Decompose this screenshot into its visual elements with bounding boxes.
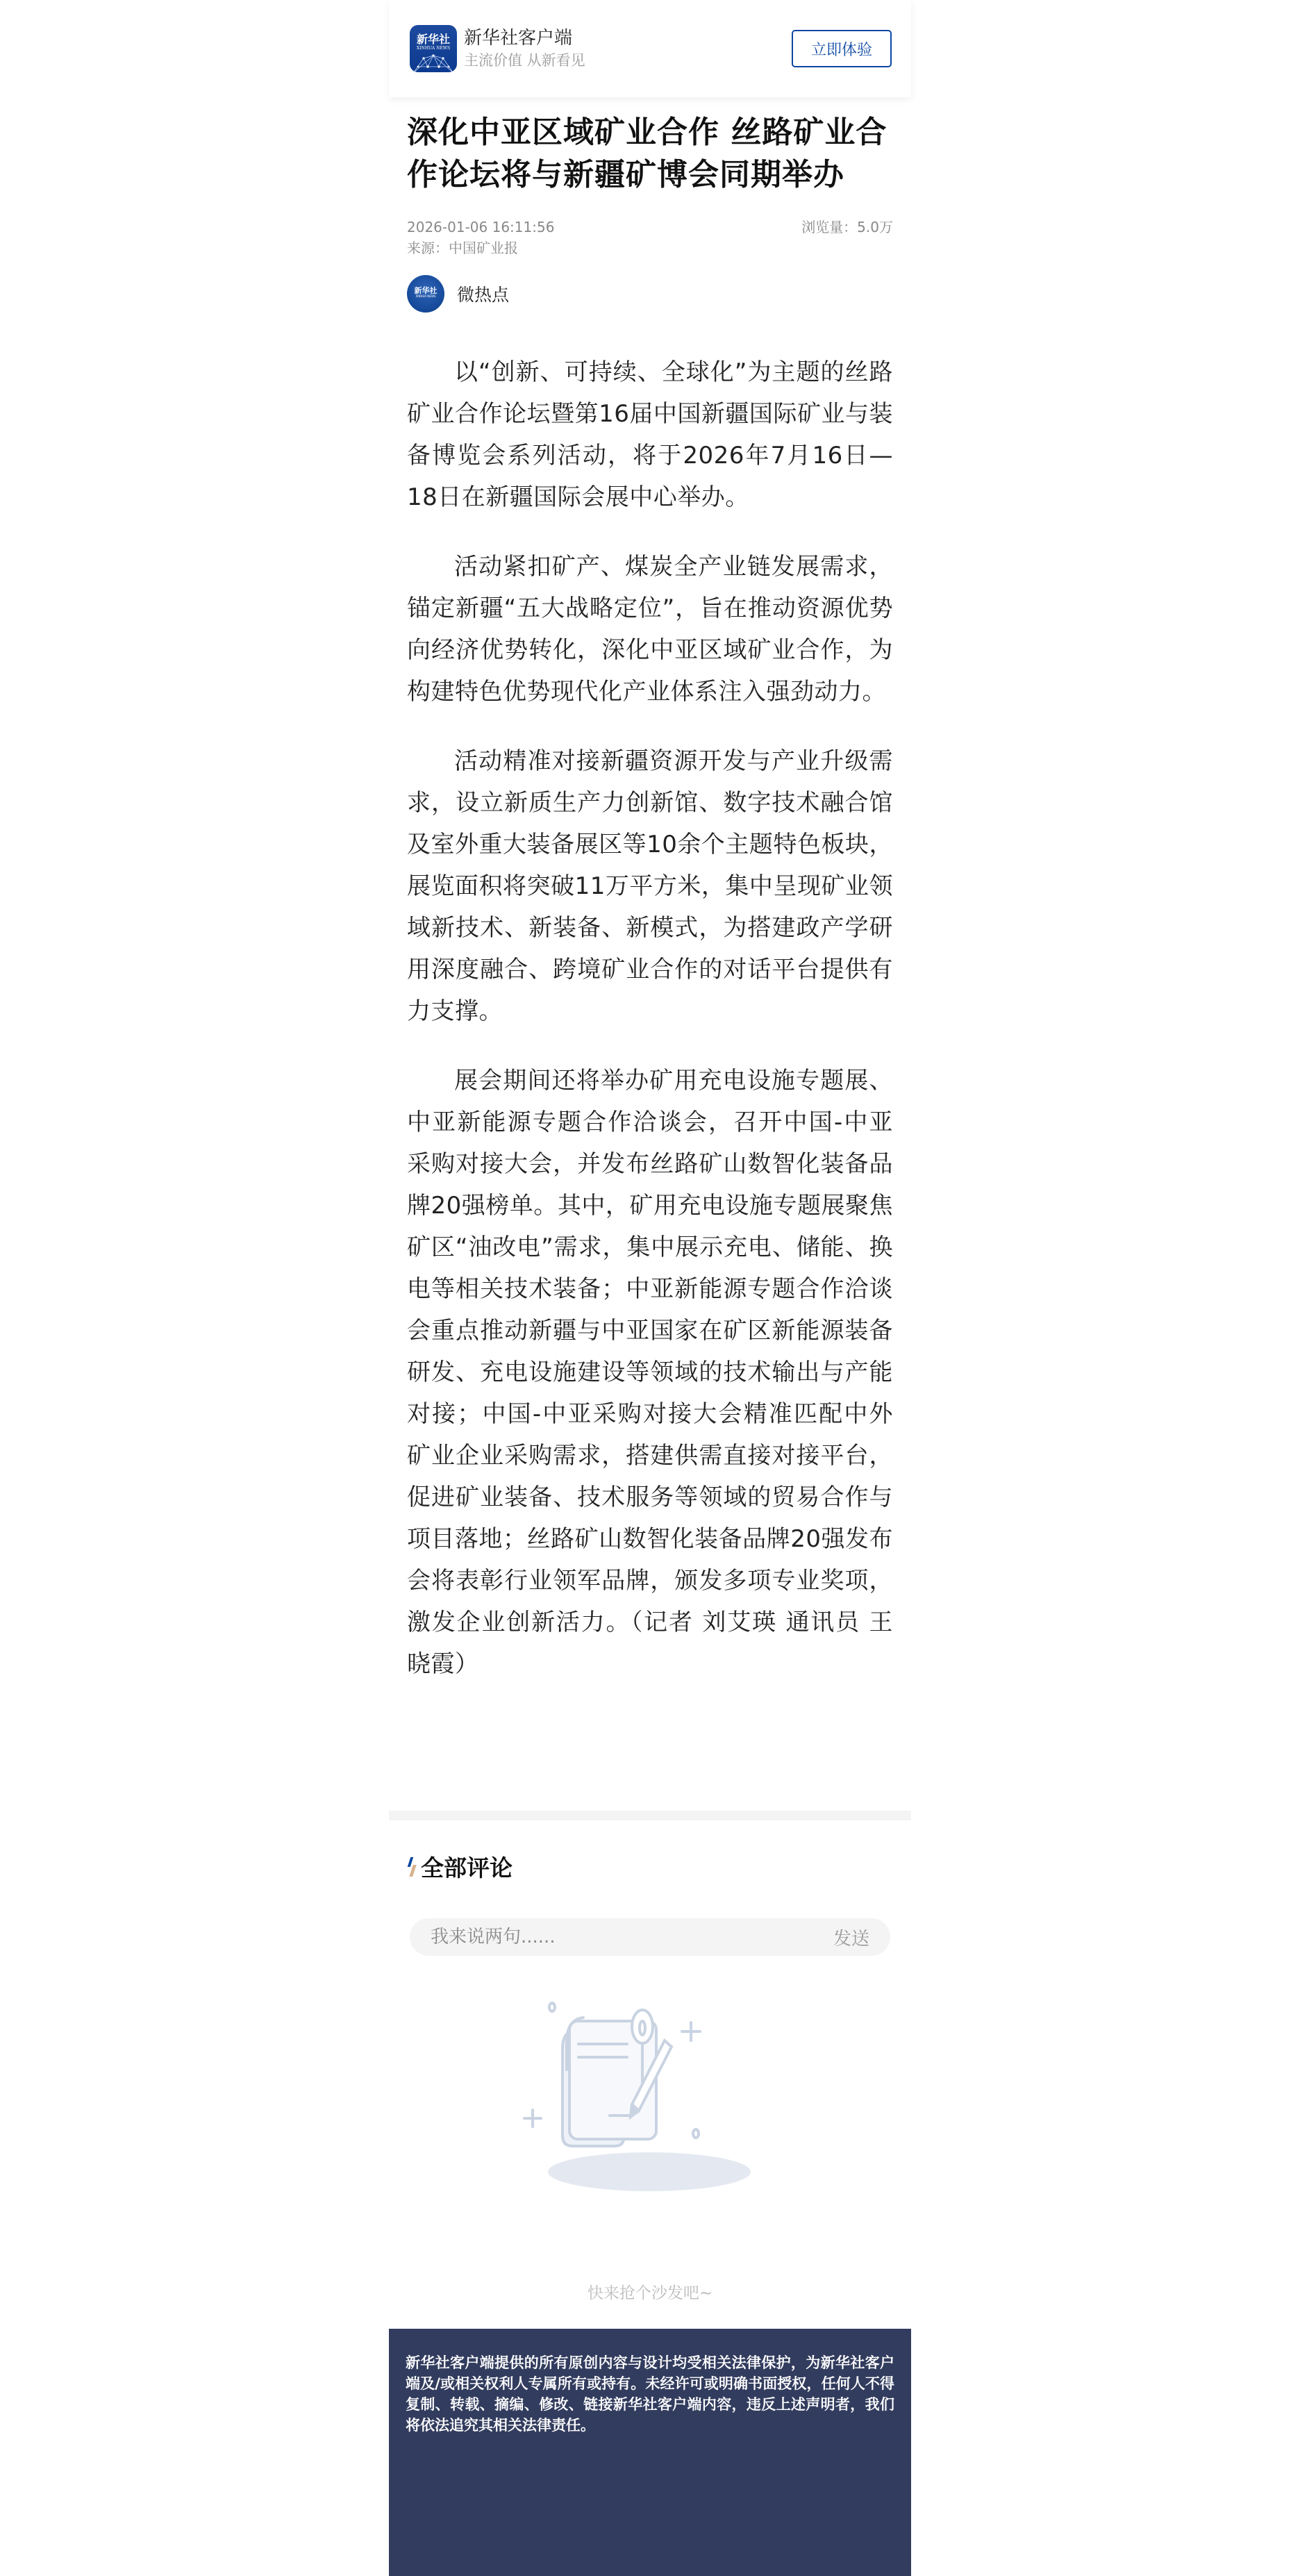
empty-comments-illustration-icon	[500, 1979, 799, 2202]
empty-comments-text: 快来抢个沙发吧~	[389, 2280, 911, 2303]
article: 深化中亚区域矿业合作 丝路矿业合作论坛将与新疆矿博会同期举办 2026-01-0…	[389, 111, 911, 1713]
open-app-button[interactable]: 立即体验	[792, 30, 892, 67]
logo-text-cn: 新华社	[410, 31, 457, 47]
article-paragraph: 活动紧扣矿产、煤炭全产业链发展需求，锚定新疆“五大战略定位”，旨在推动资源优势向…	[407, 546, 893, 713]
app-info: 新华社客户端 主流价值 从新看见	[464, 26, 792, 71]
article-page: 新华社 XINHUA NEWS 新华社客户端 主流价值 从新看见	[389, 0, 911, 2576]
article-paragraph: 展会期间还将举办矿用充电设施专题展、中亚新能源专题合作洽谈会，召开中国-中亚采购…	[407, 1060, 893, 1685]
comment-input[interactable]	[431, 1927, 778, 1947]
app-name: 新华社客户端	[464, 26, 792, 50]
xinhua-app-logo-icon: 新华社 XINHUA NEWS	[410, 25, 457, 72]
network-globe-icon	[410, 51, 457, 72]
publish-datetime: 2026-01-06 16:11:56	[407, 217, 554, 238]
article-meta: 2026-01-06 16:11:56 浏览量：5.0万	[407, 217, 893, 238]
publisher-info[interactable]: 新华社 XINHUA NEWS 微热点	[407, 275, 893, 313]
publisher-avatar[interactable]: 新华社 XINHUA NEWS	[407, 275, 444, 313]
article-source: 来源：中国矿业报	[407, 238, 893, 258]
app-slogan: 主流价值 从新看见	[464, 50, 792, 71]
comment-composer: 发送	[410, 1918, 890, 1956]
app-download-banner: 新华社 XINHUA NEWS 新华社客户端 主流价值 从新看见	[389, 0, 911, 97]
avatar-text-en: XINHUA NEWS	[407, 294, 444, 298]
publisher-name[interactable]: 微热点	[457, 281, 509, 306]
article-paragraph: 活动精准对接新疆资源开发与产业升级需求，设立新质生产力创新馆、数字技术融合馆及室…	[407, 740, 893, 1032]
section-accent-icon	[407, 1856, 417, 1878]
section-divider	[389, 1811, 911, 1820]
copyright-footer: 新华社客户端提供的所有原创内容与设计均受相关法律保护，为新华社客户端及/或相关权…	[389, 2329, 911, 2576]
article-title: 深化中亚区域矿业合作 丝路矿业合作论坛将与新疆矿博会同期举办	[407, 111, 893, 196]
article-body: 以“创新、可持续、全球化”为主题的丝路矿业合作论坛暨第16届中国新疆国际矿业与装…	[407, 351, 893, 1685]
copyright-notice: 新华社客户端提供的所有原创内容与设计均受相关法律保护，为新华社客户端及/或相关权…	[406, 2352, 894, 2436]
logo-text-en: XINHUA NEWS	[410, 46, 457, 51]
view-count: 浏览量：5.0万	[801, 217, 893, 238]
comments-header: 全部评论	[407, 1850, 512, 1883]
article-paragraph: 以“创新、可持续、全球化”为主题的丝路矿业合作论坛暨第16届中国新疆国际矿业与装…	[407, 351, 893, 518]
comments-title: 全部评论	[421, 1850, 512, 1883]
send-comment-button[interactable]: 发送	[833, 1925, 869, 1950]
